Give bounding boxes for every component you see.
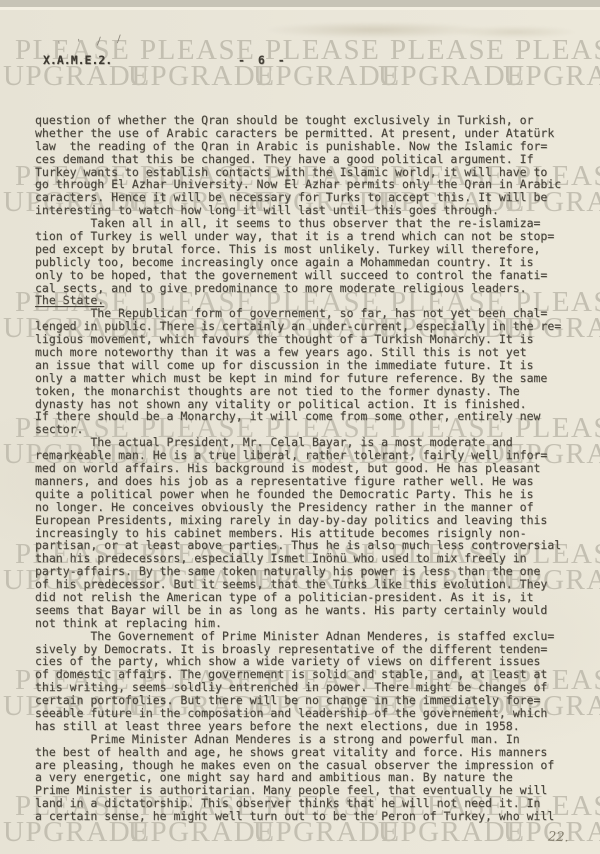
text-line: publicly too, become increasingly once a… <box>35 256 580 269</box>
text-line: ped except by brutal force. This is most… <box>35 243 580 256</box>
text-line: did not relish the American type of a po… <box>35 591 580 604</box>
text-line: cal sects, and to give predominance to m… <box>35 282 580 295</box>
text-line: seeable future in the composation and le… <box>35 707 580 720</box>
text-line: question of whether the Qran should be t… <box>35 114 580 127</box>
text-line: no longer. He conceives obviously the Pr… <box>35 501 580 514</box>
upgrade-watermark-text: UPGRADE <box>503 60 600 93</box>
text-line: tion of Turkey is well under way, that i… <box>35 230 580 243</box>
text-line: an issue that will come up for discussio… <box>35 359 580 372</box>
text-line: If there should be a Monarchy, it will c… <box>35 410 580 423</box>
document-reference: X.A.M.E.2. <box>43 53 112 67</box>
text-line: has still at least three years before th… <box>35 720 580 733</box>
text-line: ces demand that this be changed. They ha… <box>35 153 580 166</box>
text-line: only to be hoped, that the governement w… <box>35 269 580 282</box>
typed-page-number: - 6 - <box>238 53 288 67</box>
pencil-page-number: 22. <box>548 830 569 846</box>
text-line: The Governement of Prime Minister Adnan … <box>35 630 580 643</box>
text-line: only a matter which must be kept in mind… <box>35 372 580 385</box>
scanned-document-page: PLEASEPLEASEPLEASEPLEASEPLEASEUPGRADEUPG… <box>0 0 600 854</box>
text-line: seems that Bayar will be in as long as h… <box>35 604 580 617</box>
text-line: not think at replacing him. <box>35 617 580 630</box>
document-body-text: question of whether the Qran should be t… <box>35 114 580 823</box>
text-line: much more noteworthy than it was a few y… <box>35 346 580 359</box>
text-line: med on world affairs. His background is … <box>35 462 580 475</box>
text-line: the best of health and age, he shows gre… <box>35 746 580 759</box>
text-line: European Presidents, mixing rarely in da… <box>35 514 580 527</box>
text-line: a certain sense, he might well turn out … <box>35 810 580 823</box>
text-line: law the reading of the Qran in Arabic is… <box>35 140 580 153</box>
text-line: Prime Minister Adnan Menderes is a stron… <box>35 733 580 746</box>
text-line: token, the monarchist thoughts are not t… <box>35 385 580 398</box>
text-line: manners, and does his job as a represent… <box>35 475 580 488</box>
text-line: quite a political power when he founded … <box>35 488 580 501</box>
text-line: whether the use of Arabic caracters be p… <box>35 127 580 140</box>
